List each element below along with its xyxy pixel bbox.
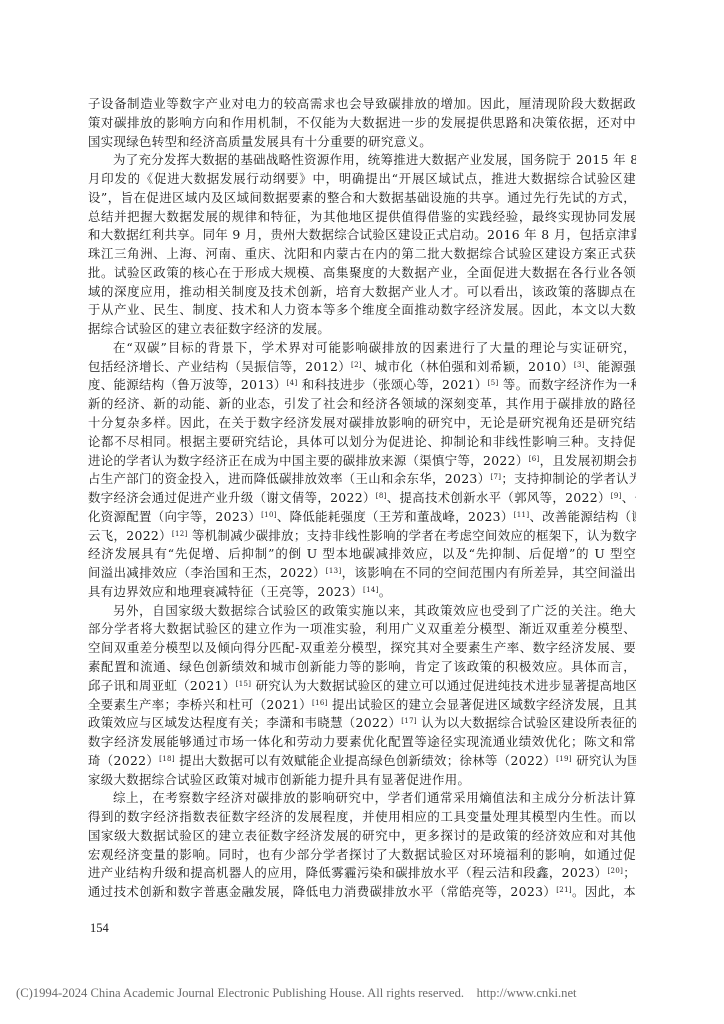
text-line: 得到的数字经济指数表征数字经济的发展程度，并使用相应的工具变量处理其模型内生性。…: [88, 808, 636, 827]
citation-ref: [16]: [312, 699, 328, 707]
citation-ref: [18]: [159, 755, 175, 763]
text-line: 包括经济增长、产业结构（吴振信等，2012）[2]、城市化（林伯强和刘希颖，20…: [88, 358, 636, 377]
text-line: 家级大数据综合试验区政策对城市创新能力提升具有显著促进作用。: [88, 771, 636, 790]
text-line: 子设备制造业等数字产业对电力的较高需求也会导致碳排放的增加。因此，厘清现阶段大数…: [88, 95, 636, 114]
citation-ref: [14]: [363, 586, 379, 594]
citation-ref: [3]: [574, 361, 585, 369]
text-line: 和大数据红利共享。同年 9 月，贵州大数据综合试验区建设正式启动。2016 年 …: [88, 226, 636, 245]
citation-ref: [2]: [351, 361, 362, 369]
citation-ref: [17]: [401, 717, 417, 725]
text-line: 于从产业、民生、制度、技术和人力资本等多个维度全面推动数字经济发展。因此，本文以…: [88, 301, 636, 320]
text-line: 度、能源结构（鲁万波等，2013）[4] 和科技进步（张颂心等，2021）[5]…: [88, 376, 636, 395]
text-line: 数字经济发展能够通过市场一体化和劳动力要素优化配置等途径实现流通业绩效优化；陈文…: [88, 733, 636, 752]
citation-ref: [11]: [514, 511, 530, 519]
text-line: 空间双重差分模型以及倾向得分匹配-双重差分模型，探究其对全要素生产率、数字经济发…: [88, 639, 636, 658]
text-line: 政策效应与区域发达程度有关；李潇和韦晓慧（2022）[17] 认为以大数据综合试…: [88, 714, 636, 733]
citation-ref: [20]: [607, 867, 623, 875]
paragraph: 在“双碳”目标的背景下，学术界对可能影响碳排放的因素进行了大量的理论与实证研究，…: [88, 339, 636, 602]
paragraph: 综上，在考察数字经济对碳排放的影响研究中，学者们通常采用熵值法和主成分分析法计算…: [88, 789, 636, 902]
citation-ref: [4]: [287, 379, 298, 387]
body-text: 子设备制造业等数字产业对电力的较高需求也会导致碳排放的增加。因此，厘清现阶段大数…: [88, 95, 636, 902]
text-line: 总结并把握大数据发展的规律和特征，为其他地区提供值得借鉴的实践经验，最终实现协同…: [88, 208, 636, 227]
citation-ref: [8]: [376, 492, 387, 500]
text-line: 琦（2022）[18] 提出大数据可以有效赋能企业提高绿色创新绩效；徐林等（20…: [88, 752, 636, 771]
paragraph: 为了充分发挥大数据的基础战略性资源作用，统筹推进大数据产业发展，国务院于 201…: [88, 151, 636, 339]
document-page: 子设备制造业等数字产业对电力的较高需求也会导致碳排放的增加。因此，厘清现阶段大数…: [0, 0, 724, 1024]
text-line: 国家级大数据试验区的建立表征数字经济发展的研究中，更多探讨的是政策的经济效应和对…: [88, 827, 636, 846]
paragraph: 另外，自国家级大数据综合试验区的政策实施以来，其政策效应也受到了广泛的关注。绝大…: [88, 602, 636, 790]
text-line: 国实现绿色转型和经济高质量发展具有十分重要的研究意义。: [88, 133, 636, 152]
text-line: 具有边界效应和地理衰减特征（王亮等，2023）[14]。: [88, 583, 636, 602]
copyright-footer: (C)1994-2024 China Academic Journal Elec…: [16, 986, 577, 1001]
text-line: 为了充分发挥大数据的基础战略性资源作用，统筹推进大数据产业发展，国务院于 201…: [88, 151, 636, 170]
text-line: 在“双碳”目标的背景下，学术界对可能影响碳排放的因素进行了大量的理论与实证研究，: [88, 339, 636, 358]
citation-ref: [6]: [529, 455, 540, 463]
text-line: 另外，自国家级大数据综合试验区的政策实施以来，其政策效应也受到了广泛的关注。绝大: [88, 602, 636, 621]
text-line: 月印发的《促进大数据发展行动纲要》中，明确提出“开展区域试点，推进大数据综合试验…: [88, 170, 636, 189]
text-line: 批。试验区政策的核心在于形成大规模、高集聚度的大数据产业，全面促进大数据在各行业…: [88, 264, 636, 283]
text-line: 策对碳排放的影响方向和作用机制，不仅能为大数据进一步的发展提供思路和决策依据，还…: [88, 114, 636, 133]
text-line: 占生产部门的资金投入，进而降低碳排放效率（王山和余东华，2023）[7]；支持抑…: [88, 470, 636, 489]
citation-ref: [5]: [488, 379, 499, 387]
text-line: 云飞，2022）[12] 等机制减少碳排放；支持非线性影响的学者在考虑空间效应的…: [88, 527, 636, 546]
text-line: 域的深度应用，推动相关制度及技术创新，培育大数据产业人才。可以看出，该政策的落脚…: [88, 283, 636, 302]
paragraph: 子设备制造业等数字产业对电力的较高需求也会导致碳排放的增加。因此，厘清现阶段大数…: [88, 95, 636, 151]
text-line: 珠江三角洲、上海、河南、重庆、沈阳和内蒙古在内的第二批大数据综合试验区建设方案正…: [88, 245, 636, 264]
citation-ref: [7]: [490, 473, 501, 481]
text-line: 进产业结构升级和提高机器人的应用，降低雾霾污染和碳排放水平（程云洁和段鑫，202…: [88, 864, 636, 883]
citation-ref: [10]: [261, 511, 277, 519]
page-number: 154: [90, 921, 109, 936]
text-line: 论都不尽相同。根据主要研究结论，具体可以划分为促进论、抑制论和非线性影响三种。支…: [88, 433, 636, 452]
citation-ref: [13]: [326, 567, 342, 575]
text-line: 设”，旨在促进区域内及区域间数据要素的整合和大数据基础设施的共享。通过先行先试的…: [88, 189, 636, 208]
text-line: 部分学者将大数据试验区的建立作为一项准实验，利用广义双重差分模型、渐近双重差分模…: [88, 620, 636, 639]
citation-ref: [19]: [556, 755, 572, 763]
text-line: 素配置和流通、绿色创新绩效和城市创新能力等的影响，肯定了该政策的积极效应。具体而…: [88, 658, 636, 677]
text-line: 综上，在考察数字经济对碳排放的影响研究中，学者们通常采用熵值法和主成分分析法计算: [88, 789, 636, 808]
text-line: 数字经济会通过促进产业升级（谢文倩等，2022）[8]、提高技术创新水平（郭风等…: [88, 489, 636, 508]
citation-ref: [21]: [556, 886, 572, 894]
text-line: 新的经济、新的动能、新的业态，引发了社会和经济各领域的深刻变革，其作用于碳排放的…: [88, 395, 636, 414]
text-line: 进论的学者认为数字经济正在成为中国主要的碳排放来源（渠慎宁等，2022）[6]，…: [88, 452, 636, 471]
text-line: 经济发展具有“先促增、后抑制”的倒 U 型本地碳减排效应，以及“先抑制、后促增”…: [88, 545, 636, 564]
text-line: 邱子讯和周亚虹（2021）[15] 研究认为大数据试验区的建立可以通过促进纯技术…: [88, 677, 636, 696]
text-line: 据综合试验区的建立表征数字经济的发展。: [88, 320, 636, 339]
text-line: 宏观经济变量的影响。同时，也有少部分学者探讨了大数据试验区对环境福利的影响，如通…: [88, 846, 636, 865]
citation-ref: [12]: [172, 530, 188, 538]
text-line: 间溢出减排效应（李治国和王杰，2022）[13]，该影响在不同的空间范围内有所差…: [88, 564, 636, 583]
citation-ref: [15]: [236, 680, 252, 688]
citation-ref: [9]: [611, 492, 622, 500]
text-line: 通过技术创新和数字普惠金融发展，降低电力消费碳排放水平（常皓亮等，2023）[2…: [88, 883, 636, 902]
text-line: 全要素生产率；李桥兴和杜可（2021）[16] 提出试验区的建立会显著促进区域数…: [88, 696, 636, 715]
text-line: 化资源配置（向宇等，2023）[10]、降低能耗强度（王芳和董战峰，2023）[…: [88, 508, 636, 527]
text-line: 十分复杂多样。因此，在关于数字经济发展对碳排放影响的研究中，无论是研究视角还是研…: [88, 414, 636, 433]
